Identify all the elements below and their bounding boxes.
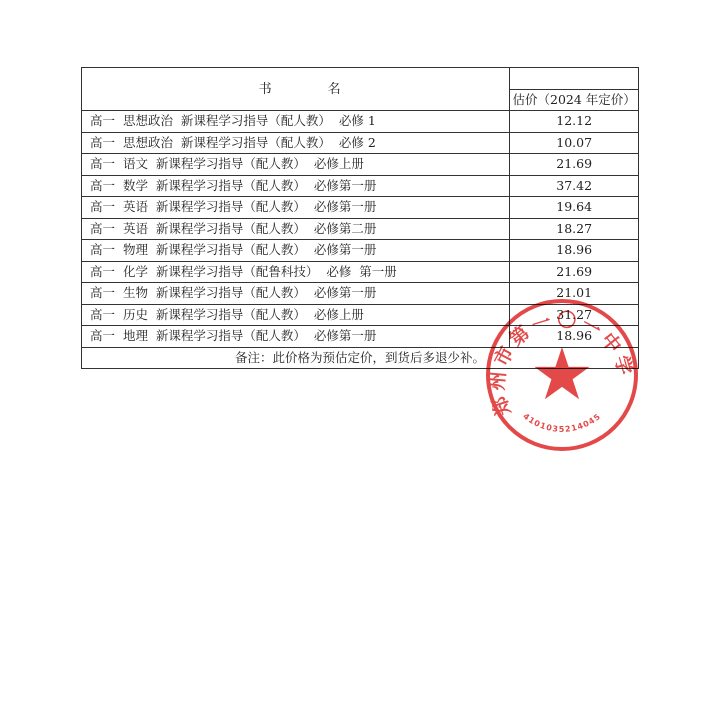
note-row: 备注：此价格为预估定价，到货后多退少补。 (82, 347, 639, 369)
table-row: 高一 思想政治 新课程学习指导（配人教） 必修 112.12 (82, 111, 639, 133)
price-cell: 12.12 (510, 111, 639, 133)
table-row: 高一 历史 新课程学习指导（配人教） 必修上册31.27 (82, 304, 639, 326)
table-row: 高一 化学 新课程学习指导（配鲁科技） 必修 第一册21.69 (82, 261, 639, 283)
table-row: 高一 物理 新课程学习指导（配人教） 必修第一册18.96 (82, 240, 639, 262)
price-cell: 31.27 (510, 304, 639, 326)
price-cell: 21.69 (510, 154, 639, 176)
header-char-1: 书 (259, 82, 272, 97)
book-title-cell: 高一 化学 新课程学习指导（配鲁科技） 必修 第一册 (82, 261, 510, 283)
book-title-cell: 高一 思想政治 新课程学习指导（配人教） 必修 2 (82, 132, 510, 154)
note-text: 备注：此价格为预估定价，到货后多退少补。 (82, 347, 639, 369)
book-title-cell: 高一 思想政治 新课程学习指导（配人教） 必修 1 (82, 111, 510, 133)
column-header-price: 估价（2024 年定价） (510, 89, 639, 111)
book-title-cell: 高一 英语 新课程学习指导（配人教） 必修第一册 (82, 197, 510, 219)
book-title-cell: 高一 物理 新课程学习指导（配人教） 必修第一册 (82, 240, 510, 262)
table-row: 高一 地理 新课程学习指导（配人教） 必修第一册18.96 (82, 326, 639, 348)
price-cell: 21.69 (510, 261, 639, 283)
price-cell: 10.07 (510, 132, 639, 154)
price-cell: 18.27 (510, 218, 639, 240)
table-row: 高一 英语 新课程学习指导（配人教） 必修第二册18.27 (82, 218, 639, 240)
table-row: 高一 英语 新课程学习指导（配人教） 必修第一册19.64 (82, 197, 639, 219)
header-empty-cell (510, 68, 639, 90)
table-header-row: 书名 (82, 68, 639, 90)
price-cell: 18.96 (510, 326, 639, 348)
book-title-cell: 高一 地理 新课程学习指导（配人教） 必修第一册 (82, 326, 510, 348)
seal-code: 4101035214045 (521, 412, 602, 434)
book-title-cell: 高一 生物 新课程学习指导（配人教） 必修第一册 (82, 283, 510, 305)
table-row: 高一 生物 新课程学习指导（配人教） 必修第一册21.01 (82, 283, 639, 305)
price-cell: 18.96 (510, 240, 639, 262)
price-cell: 21.01 (510, 283, 639, 305)
book-title-cell: 高一 历史 新课程学习指导（配人教） 必修上册 (82, 304, 510, 326)
price-cell: 19.64 (510, 197, 639, 219)
table-row: 高一 思想政治 新课程学习指导（配人教） 必修 210.07 (82, 132, 639, 154)
document-page: 书名 估价（2024 年定价） 高一 思想政治 新课程学习指导（配人教） 必修 … (0, 0, 707, 725)
header-char-2: 名 (328, 82, 341, 97)
book-price-table: 书名 估价（2024 年定价） 高一 思想政治 新课程学习指导（配人教） 必修 … (81, 67, 639, 369)
book-title-cell: 高一 数学 新课程学习指导（配人教） 必修第一册 (82, 175, 510, 197)
table-row: 高一 语文 新课程学习指导（配人教） 必修上册21.69 (82, 154, 639, 176)
price-cell: 37.42 (510, 175, 639, 197)
column-header-book-name: 书名 (82, 68, 510, 111)
book-title-cell: 高一 语文 新课程学习指导（配人教） 必修上册 (82, 154, 510, 176)
table-row: 高一 数学 新课程学习指导（配人教） 必修第一册37.42 (82, 175, 639, 197)
book-title-cell: 高一 英语 新课程学习指导（配人教） 必修第二册 (82, 218, 510, 240)
